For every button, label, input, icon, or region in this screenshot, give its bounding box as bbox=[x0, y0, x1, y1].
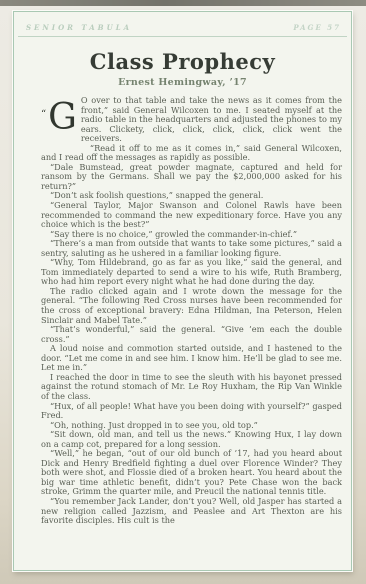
paragraph: “General Taylor, Major Swanson and Colon… bbox=[41, 201, 342, 230]
paragraph: “There’s a man from outside that wants t… bbox=[41, 239, 342, 258]
article-body: “GO over to that table and take the news… bbox=[41, 96, 342, 526]
scan-edge-band bbox=[0, 0, 366, 6]
paragraph: “Well,” he began, “out of our old bunch … bbox=[41, 449, 342, 497]
drop-cap: “G bbox=[41, 97, 77, 144]
paragraph: “GO over to that table and take the news… bbox=[41, 96, 342, 144]
header-rule bbox=[18, 36, 347, 37]
page-number: PAGE 57 bbox=[293, 23, 341, 32]
drop-cap-letter: G bbox=[48, 97, 77, 138]
paragraph: The radio clicked again and I wrote down… bbox=[41, 287, 342, 325]
page: SENIOR TABULA PAGE 57 Class Prophecy Ern… bbox=[13, 11, 352, 571]
journal-title: SENIOR TABULA bbox=[26, 23, 132, 32]
opening-quote-mark: “ bbox=[41, 109, 47, 120]
paragraph: A loud noise and commotion started outsi… bbox=[41, 344, 342, 373]
paragraph: “Why, Tom Hildebrand, go as far as you l… bbox=[41, 258, 342, 287]
running-header: SENIOR TABULA PAGE 57 bbox=[14, 12, 351, 36]
paragraph: “You remember Jack Lander, don’t you? We… bbox=[41, 497, 342, 526]
paragraph: “Dale Bumstead, great powder magnate, ca… bbox=[41, 163, 342, 192]
paragraph: “Sit down, old man, and tell us the news… bbox=[41, 430, 342, 449]
byline: Ernest Hemingway, ’17 bbox=[14, 77, 351, 88]
paragraph: “Read it off to me as it comes in,” said… bbox=[41, 144, 342, 163]
paragraph: I reached the door in time to see the sl… bbox=[41, 373, 342, 402]
paragraph: “That’s wonderful,” said the general. “G… bbox=[41, 325, 342, 344]
paragraph-text: O over to that table and take the news a… bbox=[81, 95, 342, 143]
paragraph: “Hux, of all people! What have you been … bbox=[41, 402, 342, 421]
article-title: Class Prophecy bbox=[14, 49, 351, 74]
